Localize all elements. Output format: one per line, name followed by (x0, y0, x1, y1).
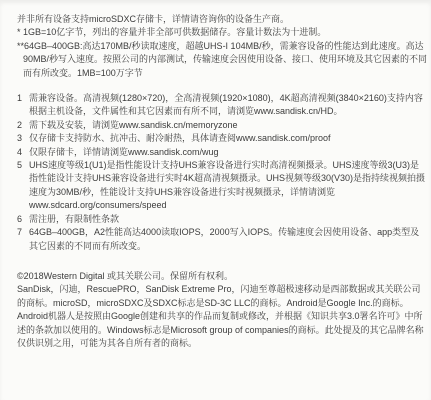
device-compat-note: 并非所有设备支持microSDXC存储卡，详情请咨询你的设备生产商。 (17, 13, 428, 26)
speed-note: **64GB–400GB:高达170MB/秒读取速度，超越UHS-I 104MB… (17, 40, 428, 80)
footnote-text: 64GB–400GB，A2性能高达4000读取IOPS，2000写入IOPS。传… (29, 227, 419, 250)
footnote-text: 仅存储卡支持防水、抗冲击、耐冷耐热，具体请查阅www.sandisk.com/p… (29, 133, 331, 143)
footnote-number: 2 (17, 119, 29, 132)
footnote-5: 5 UHS速度等级1(U1)是指性能设计支持UHS兼容设备进行实时高清视频摄录。… (17, 159, 428, 213)
footnote-3: 3 仅存储卡支持防水、抗冲击、耐冷耐热，具体请查阅www.sandisk.com… (17, 132, 428, 145)
numbered-footnotes-block: 1 需兼容设备。高清视频(1280×720)，全高清视频(1920×1080)，… (17, 92, 428, 253)
asterisk-notes-block: 并非所有设备支持microSDXC存储卡，详情请咨询你的设备生产商。 * 1GB… (17, 13, 428, 80)
footnote-text: 需兼容设备。高清视频(1280×720)，全高清视频(1920×1080)，4K… (29, 93, 423, 116)
footnote-number: 7 (17, 226, 29, 239)
footnote-number: 5 (17, 159, 29, 172)
legal-block: ©2018Western Digital 或其关联公司。保留所有权利。 SanD… (17, 270, 428, 350)
footnote-2: 2 需下载及安装，请浏览www.sandisk.cn/memoryzone (17, 119, 428, 132)
footnote-number: 6 (17, 213, 29, 226)
disclaimer-page: 并非所有设备支持microSDXC存储卡，详情请咨询你的设备生产商。 * 1GB… (0, 0, 431, 400)
footnote-number: 3 (17, 132, 29, 145)
footnote-text: UHS速度等级1(U1)是指性能设计支持UHS兼容设备进行实时高清视频摄录。UH… (29, 160, 425, 210)
copyright-line: ©2018Western Digital 或其关联公司。保留所有权利。 (17, 270, 428, 283)
capacity-note: * 1GB=10亿字节，列出的容量并非全部可供数据储存。容量计数法为十进制。 (17, 26, 428, 39)
footnote-7: 7 64GB–400GB，A2性能高达4000读取IOPS，2000写入IOPS… (17, 226, 428, 253)
footnote-1: 1 需兼容设备。高清视频(1280×720)，全高清视频(1920×1080)，… (17, 92, 428, 119)
footnote-text: 需下载及安装，请浏览www.sandisk.cn/memoryzone (29, 120, 238, 130)
footnote-4: 4 仅限存储卡，详情请浏览www.sandisk.com/wug (17, 146, 428, 159)
trademark-paragraph: SanDisk，闪迪，RescuePRO，SanDisk Extreme Pro… (17, 283, 428, 350)
footnote-number: 1 (17, 92, 29, 105)
footnote-text: 需注册，有限制性条款 (29, 214, 119, 224)
footnote-text: 仅限存储卡，详情请浏览www.sandisk.com/wug (29, 147, 219, 157)
footnote-6: 6 需注册，有限制性条款 (17, 213, 428, 226)
footnote-number: 4 (17, 146, 29, 159)
